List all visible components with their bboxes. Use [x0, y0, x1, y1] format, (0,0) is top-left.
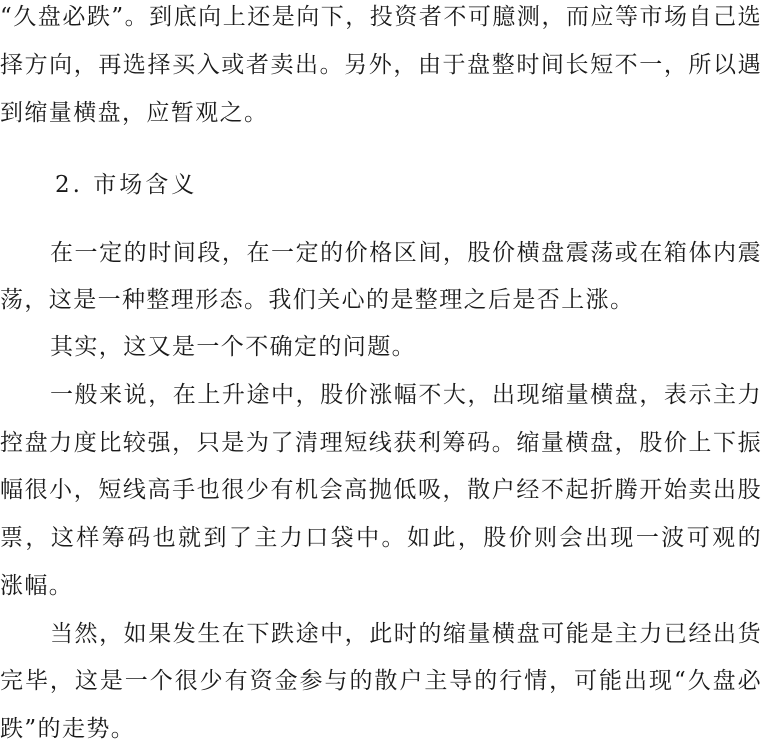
text-line: 在一定的时间段，在一定的价格区间，股价横盘震荡或在箱体内震 [50, 238, 762, 268]
text-line: 到缩量横盘，应暂观之。 [0, 98, 268, 128]
text-line: 完毕，这是一个很少有资金参与的散户主导的行情，可能出现“久盘必 [0, 666, 762, 696]
text-line: 跌”的走势。 [0, 714, 135, 744]
text-line: 其实，这又是一个不确定的问题。 [50, 332, 416, 362]
text-line: 票，这样筹码也就到了主力口袋中。如此，股价则会出现一波可观的 [0, 523, 762, 553]
text-line: 择方向，再选择买入或者卖出。另外，由于盘整时间长短不一，所以遇 [0, 50, 762, 80]
text-line: 当然，如果发生在下跌途中，此时的缩量横盘可能是主力已经出货 [50, 619, 762, 649]
text-line: 一般来说，在上升途中，股价涨幅不大，出现缩量横盘，表示主力 [50, 380, 762, 410]
section-heading: 2. 市场含义 [55, 170, 197, 200]
document-page: “久盘必跌”。到底向上还是向下，投资者不可臆测，而应等市场自己选 择方向，再选择… [0, 0, 764, 745]
text-line: 控盘力度比较强，只是为了清理短线获利筹码。缩量横盘，股价上下振 [0, 428, 762, 458]
text-line: 幅很小，短线高手也很少有机会高抛低吸，散户经不起折腾开始卖出股 [0, 475, 762, 505]
text-line: “久盘必跌”。到底向上还是向下，投资者不可臆测，而应等市场自己选 [0, 2, 762, 32]
text-line: 荡，这是一种整理形态。我们关心的是整理之后是否上涨。 [0, 285, 634, 315]
text-line: 涨幅。 [0, 571, 73, 601]
